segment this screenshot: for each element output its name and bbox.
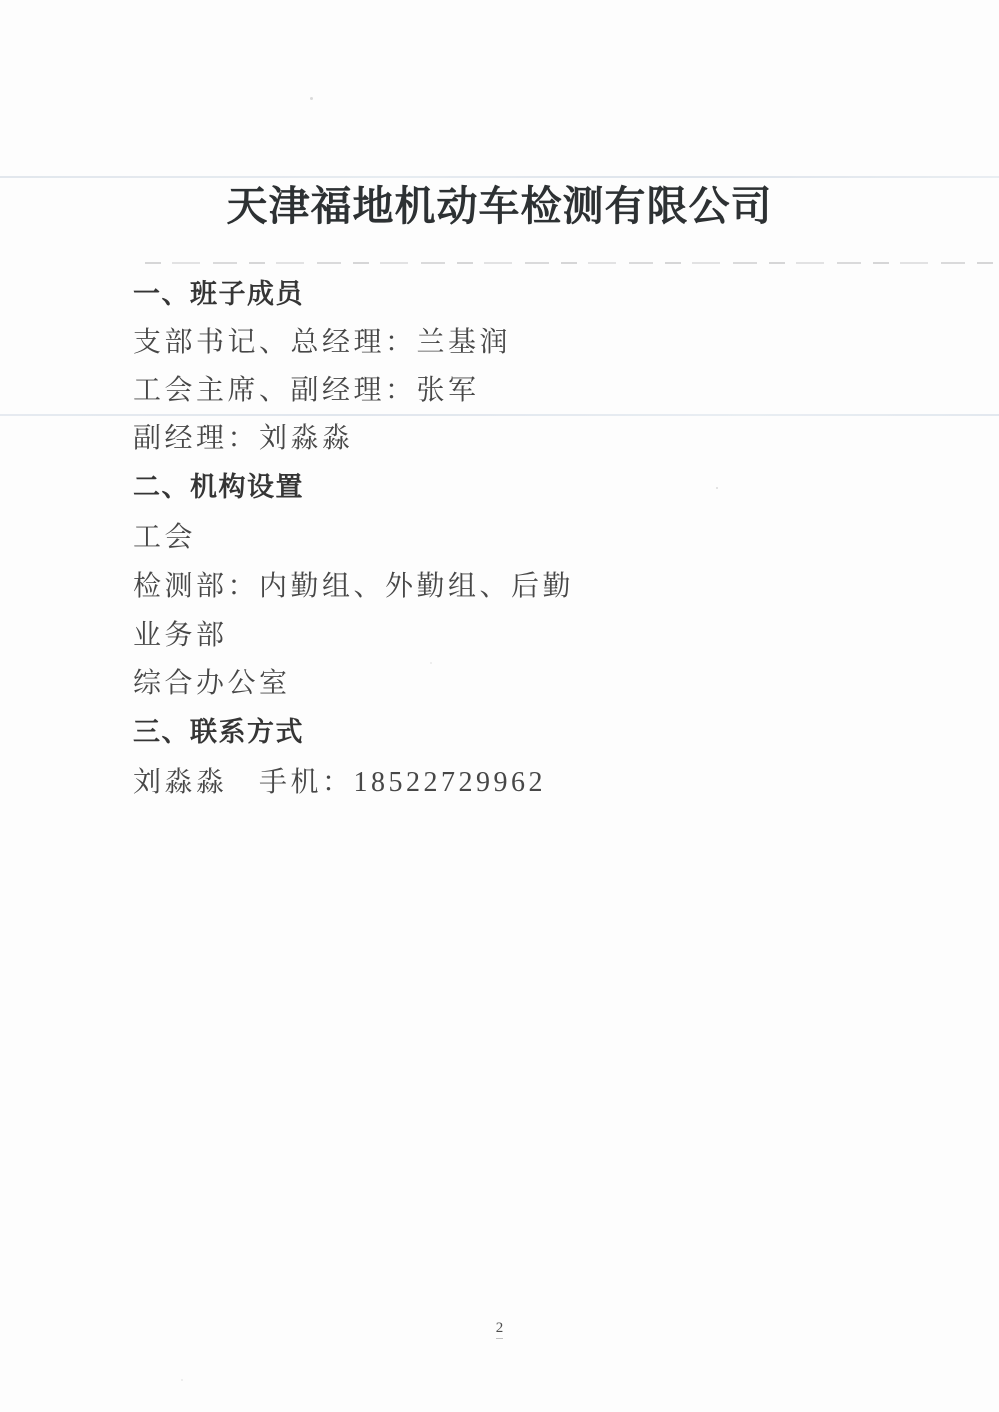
section-heading-2: 二、机构设置 xyxy=(133,471,304,503)
doc-line-contact-phone: 刘淼淼 手机：18522729962 xyxy=(133,766,546,800)
doc-line-deputy-gm: 副经理：刘淼淼 xyxy=(133,422,354,456)
section-heading-3: 三、联系方式 xyxy=(133,716,304,748)
doc-line-general-office: 综合办公室 xyxy=(133,667,291,701)
doc-line-union: 工会 xyxy=(133,521,196,555)
scan-speck xyxy=(430,662,432,664)
doc-line-secretary-gm: 支部书记、总经理：兰基润 xyxy=(133,326,511,360)
scan-seam-top xyxy=(0,176,999,178)
doc-line-inspection-dept: 检测部：内勤组、外勤组、后勤 xyxy=(133,570,574,604)
scan-speck xyxy=(310,97,313,100)
doc-line-union-chair-deputy-gm: 工会主席、副经理：张军 xyxy=(133,374,480,408)
document-title: 天津福地机动车检测有限公司 xyxy=(0,183,999,230)
scan-seam-middle xyxy=(0,414,999,416)
scanned-document-page: 天津福地机动车检测有限公司 一、班子成员 支部书记、总经理：兰基润 工会主席、副… xyxy=(0,0,999,1412)
scan-speck xyxy=(181,1379,183,1381)
doc-line-business-dept: 业务部 xyxy=(133,619,228,653)
scan-speck xyxy=(716,487,718,489)
page-number: 2 xyxy=(0,1320,999,1339)
scan-artifact-dashed-line xyxy=(145,262,999,264)
section-heading-1: 一、班子成员 xyxy=(133,278,304,310)
